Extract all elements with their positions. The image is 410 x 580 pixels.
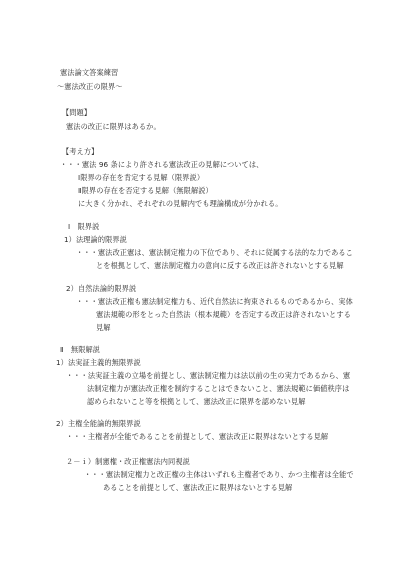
section-2-sub2i-line: あることを前提として、憲法改正に限界はないとする見解: [103, 483, 292, 492]
section-2-sub1-line: 認められないこと等を根拠として、憲法改正に限界を認めない見解: [87, 397, 305, 406]
approach-line: ・・・憲法 96 条により許される憲法改正の見解については、: [60, 160, 263, 169]
section-2-sub2-heading: 2）主権全能論的無限界説: [56, 419, 141, 428]
section-1-sub2-heading: 2）自然法論的限界説: [66, 284, 136, 293]
section-2-sub1-line: 法制定権力が憲法改正権を制約することはできないこと、憲法規範に価値秩序は: [87, 384, 349, 393]
section-2-sub2-line: ・・・主権者が全能であることを前提として、憲法改正に限界はないとする見解: [66, 432, 328, 441]
section-2-heading: Ⅱ 無限解説: [60, 345, 100, 354]
section-2-sub1-heading: 1）法実証主義的無限界説: [56, 358, 141, 367]
section-1-sub2-line: ・・・憲法改正権も憲法制定権力も、近代自然法に拘束されるものであるから、実体: [76, 297, 353, 306]
section-1-sub1-line: とを根拠として、憲法制定権力の意向に反する改正は許されないとする見解: [96, 261, 344, 270]
approach-line: Ⅰ限界の存在を肯定する見解（限界説）: [78, 173, 204, 182]
section-2-sub2i-heading: ２－ｉ）制憲権・改正権憲法内同視説: [66, 457, 190, 466]
document-subtitle: ～憲法改正の限界～: [57, 82, 123, 91]
section-1-sub1-line: ・・・憲法改正憲は、憲法制定権力の下位であり、それに従属する法的な力であるこ: [76, 248, 353, 257]
approach-line: Ⅱ限界の存在を否定する見解（無限解説）: [78, 186, 213, 195]
question-heading: 【問題】: [62, 108, 91, 117]
section-1-sub2-line: 憲法規範の形をとった自然法（根本規範）を否定する改正は許されないとする: [96, 310, 351, 319]
question-text: 憲法の改正に限界はあるか。: [66, 122, 161, 131]
section-1-sub2-line: 見解: [96, 323, 111, 332]
section-1-heading: Ⅰ 限界説: [68, 222, 99, 231]
section-1-sub1-heading: 1）法理論的限界説: [64, 235, 127, 244]
section-2-sub2i-line: ・・・憲法制定権力と改正権の主体はいずれも主権者であり、かつ主権者は全能で: [84, 470, 354, 479]
section-2-sub1-line: ・・・法実証主義の立場を前提とし、憲法制定権力は法以前の生の実力であるから、憲: [66, 371, 350, 380]
document-page: 憲法論文答案練習 ～憲法改正の限界～ 【問題】 憲法の改正に限界はあるか。 【考…: [0, 0, 410, 580]
approach-line: に大きく分かれ、それぞれの見解内でも理論構成が分かれる。: [78, 199, 283, 208]
approach-heading: 【考え方】: [62, 147, 98, 156]
document-title: 憲法論文答案練習: [60, 68, 118, 77]
